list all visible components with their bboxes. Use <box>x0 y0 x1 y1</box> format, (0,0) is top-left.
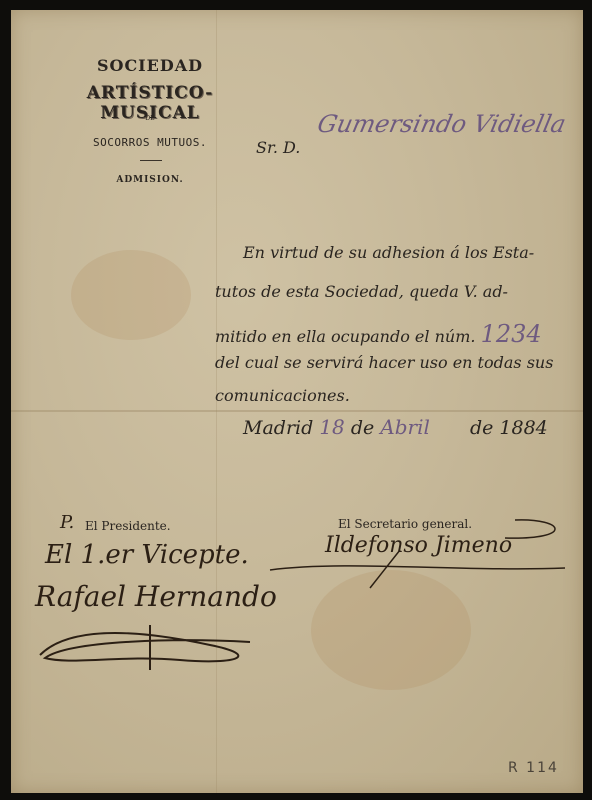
archive-mark: R 114 <box>508 760 559 776</box>
member-name: Gumersindo Vidiella <box>315 110 568 138</box>
society-de: DE <box>40 115 260 122</box>
section-title: ADMISION. <box>40 175 260 185</box>
president-label: El Presidente. <box>85 519 171 533</box>
date-city: Madrid <box>243 417 313 439</box>
header-rule <box>140 160 162 161</box>
president-hand-title: El 1.er Vicepte. <box>45 540 249 570</box>
president-flourish <box>30 620 260 670</box>
society-title: SOCIEDAD <box>40 56 260 75</box>
body-line-1: En virtud de su adhesion á los Esta- <box>243 243 534 262</box>
member-number: 1234 <box>481 320 542 348</box>
salutation: Sr. D. <box>256 138 300 157</box>
date-de2: de <box>470 417 493 439</box>
date-line: Madrid 18 de Abril de 1884 <box>243 415 548 439</box>
body-line-3-text: mitido en ella ocupando el núm. <box>215 327 475 346</box>
date-month: Abril <box>380 415 430 439</box>
society-line: SOCORROS MUTUOS. <box>40 136 260 149</box>
date-year: 1884 <box>499 417 547 439</box>
stain <box>71 250 191 340</box>
president-signature: Rafael Hernando <box>35 580 277 613</box>
president-prefix: P. <box>60 512 74 533</box>
fold-line <box>11 410 583 412</box>
body-line-2: tutos de esta Sociedad, queda V. ad- <box>215 282 508 301</box>
date-de1: de <box>351 417 374 439</box>
body-line-4: del cual se servirá hacer uso en todas s… <box>215 353 553 372</box>
body-line-5: comunicaciones. <box>215 386 350 405</box>
date-day: 18 <box>319 415 344 439</box>
body-line-3: mitido en ella ocupando el núm. 1234 <box>215 320 542 348</box>
secretary-flourish <box>265 510 585 590</box>
